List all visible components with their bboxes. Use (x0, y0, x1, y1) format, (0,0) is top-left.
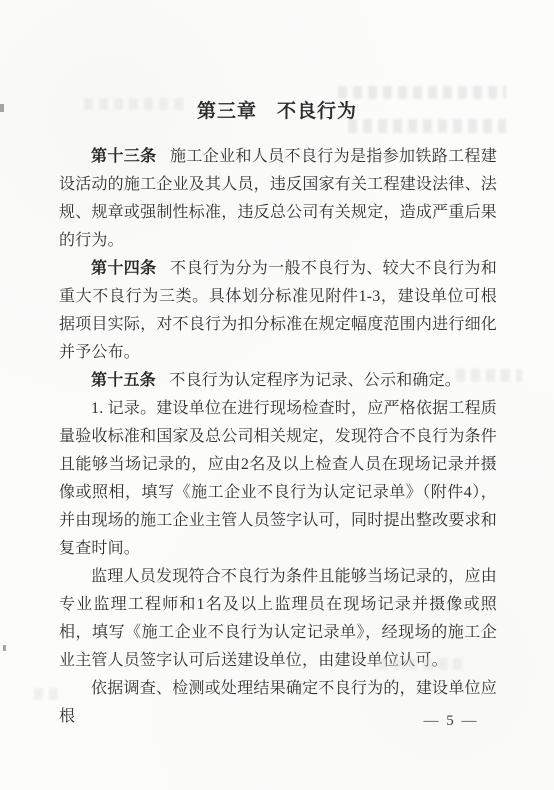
article-13-label: 第十三条 (91, 148, 156, 165)
scan-artifact (34, 688, 62, 700)
article-14-label: 第十四条 (91, 260, 156, 277)
paragraph-record-procedure: 1. 记录。建设单位在进行现场检查时，应严格依据工程质量验收标准和国家及总公司相… (59, 395, 497, 563)
document-page: 第三章 不良行为 第十三条施工企业和人员不良行为是指参加铁路工程建设活动的施工企… (0, 0, 554, 790)
chapter-title: 第三章 不良行为 (0, 96, 554, 123)
article-15-text: 不良行为认定程序为记录、公示和确定。 (169, 372, 461, 389)
article-15-label: 第十五条 (91, 372, 156, 389)
paragraph-article-13: 第十三条施工企业和人员不良行为是指参加铁路工程建设活动的施工企业及其人员，违反国… (59, 143, 497, 255)
paragraph-record-text: 1. 记录。建设单位在进行现场检查时，应严格依据工程质量验收标准和国家及总公司相… (59, 400, 497, 557)
page-number: — 5 — (416, 713, 486, 730)
paragraph-article-14: 第十四条不良行为分为一般不良行为、较大不良行为和重大不良行为三类。具体划分标准见… (59, 255, 497, 367)
document-body: 第十三条施工企业和人员不良行为是指参加铁路工程建设活动的施工企业及其人员，违反国… (59, 143, 497, 731)
paragraph-article-15: 第十五条不良行为认定程序为记录、公示和确定。 (59, 367, 497, 395)
scan-edge-mark (3, 645, 6, 651)
paragraph-supervisor-text: 监理人员发现符合不良行为条件且能够当场记录的，应由专业监理工程师和1名及以上监理… (59, 568, 497, 669)
paragraph-supervisor-procedure: 监理人员发现符合不良行为条件且能够当场记录的，应由专业监理工程师和1名及以上监理… (59, 563, 497, 675)
